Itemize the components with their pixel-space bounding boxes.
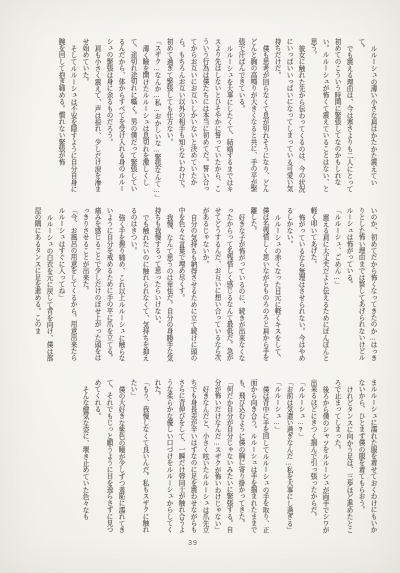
paragraph: 強く手を握り締め、これ以上ルルーシュに触らないように自分を戒めるために手の平に爪… xyxy=(78,207,126,367)
paragraph: いのか、初めてだから怖くなってきたのか…はっきりとした怖い理由までは察してあげら… xyxy=(342,207,378,367)
paragraph: 肩も小さく震えて、声は掠れ、少しだけ涙を滲ませ始めていた。 xyxy=(78,38,102,198)
paragraph: 好きなんだと、小さく呟いたルルーシュは爪先立ちでも身長差が辛いはずなのに足を震わ… xyxy=(150,379,210,539)
paragraph: 「今、お風呂の用意をしてくるから。用意出来たらルルーシュはすぐに入ってね」 xyxy=(54,207,78,367)
paragraph: でも震える理由は、今は寒さよりも二人にとって初めてのこういう時間に緊張してなのか… xyxy=(306,38,354,198)
page-number: 39 xyxy=(0,540,386,547)
paragraph: 怖がっているなら無理はさせられない。今はやめるしかない。 xyxy=(282,207,306,367)
paragraph: そしてルルーシュは不安を隠すように自分自身に腕を回して抱き締める。慣れない緊張が… xyxy=(54,38,78,198)
paragraph: ルルーシュの薄い小さな肩はかたかた震えていて。 xyxy=(354,38,378,198)
paragraph: ルルーシュを大事にしたくて、結婚するまではキスより先はしないとひそやかに誓ってい… xyxy=(162,38,234,198)
paragraph: 震える肩に大丈夫だよと伝えるためにぽんぽんと軽く叩いてあげた。 xyxy=(306,207,330,367)
paragraph: そんな健気な姿に、堰き止めていた色々なも xyxy=(78,379,90,539)
text-band-bottom: まルルーシュに濡れた服を着せておくわけにもいかないから、ひとまず僕の服を着てもら… xyxy=(30,379,378,539)
text-band-top: ルルーシュの薄い小さな肩はかたかた震えていて。でも震える理由は、今は寒さよりも二… xyxy=(30,38,378,198)
paragraph: けれどタンスに向かう足は、三歩ほど進めたところで止まってしまった。 xyxy=(330,379,354,539)
text-band-middle: いのか、初めてだから怖くなってきたのか…はっきりとした怖い理由までは察してあげら… xyxy=(30,207,378,367)
paragraph: 「もう、我慢しなくて良いんだ。私もスザクに触れたい」 xyxy=(126,379,150,539)
paragraph: 「何だか自分が自分じゃないみたいに緊張する。自分が怖いだけなんだ…スザクが怖いわ… xyxy=(210,379,234,539)
paragraph: 好きな子が怖がっているのに、続きが出来なくなったからって名残惜しく感じるなんて最… xyxy=(198,207,246,367)
paragraph: 僕の大好きな紫色の瞳が少しずつ羞恥に濡れてきて、それでもじっと願うように目を逸ら… xyxy=(90,379,126,539)
paragraph: 後ろから僕のシャツをルルーシュが両手でシワが出来るほどにきつく掴んで引っ張ったか… xyxy=(306,379,330,539)
paragraph: まルルーシュに濡れた服を着せておくわけにもいかないから、ひとまず僕の服を着てもら… xyxy=(354,379,378,539)
paragraph: 僕は背中に手を回してルルーシュの手を取り、正面から向き合う。ルルーシュは手を掴ま… xyxy=(234,379,270,539)
paragraph: 自分の気持ちも納得させるために立て続けに頭の中を色々な言葉で埋め尽くす。 xyxy=(174,207,198,367)
paragraph: 「ルルーシュ…」 xyxy=(270,379,282,539)
paragraph: 彼女に触れた先から伝わってくるのは、今の状況にいっぱいいっぱいになってしまってい… xyxy=(270,38,306,198)
paragraph: でも触れたいのに触れられなくて、気持ちを抑えるのはきつい。 xyxy=(126,207,150,367)
paragraph: 僕も思考が回らなくて息が切れそうになり、どんどんと胸の高鳴りが大きくなると共に、… xyxy=(234,38,270,198)
paragraph: ルルーシュの白衣を元に戻して背を向け、僕は部屋の隅にあるタンスに足を進める。この… xyxy=(30,207,54,367)
paragraph: 「ルルーシュ、ごめん…」 xyxy=(330,207,342,367)
paragraph: 我慢、なんて思うのは卑怯だ。自分の身勝手な気持ちも我慢するって思ったらいけない。 xyxy=(150,207,174,367)
paragraph: 「ルルーシュ…?」 xyxy=(294,379,306,539)
paragraph: ルルーシュの赤くなった目元に軽くキスをして、僕は名残惜しく思いながらものろのろと… xyxy=(246,207,282,367)
paragraph: 「お前は気遣い過ぎなんだ…私を大事にし過ぎる」 xyxy=(282,379,294,539)
book-page: ルルーシュの薄い小さな肩はかたかた震えていて。でも震える理由は、今は寒さよりも二… xyxy=(0,0,400,573)
paragraph: 「スザク…なんか…私…おかしいな…緊張なんて…」 xyxy=(150,38,162,198)
paragraph: 薄く瞼を開けたルルーシュは息切れを激しくして、途切れ途切れに囁く。男の僕だって緊… xyxy=(102,38,150,198)
